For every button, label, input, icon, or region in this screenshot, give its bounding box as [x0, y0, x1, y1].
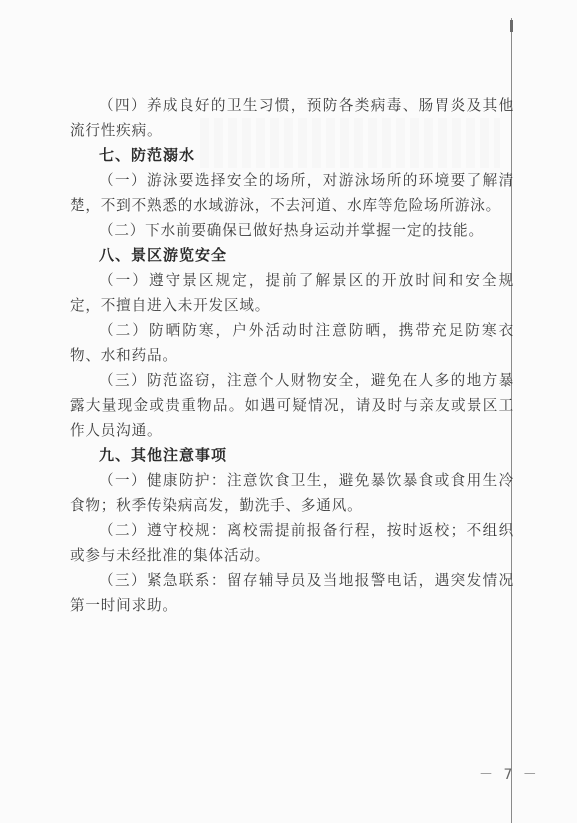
binding-mark [510, 20, 513, 32]
paragraph-health-protection: （一）健康防护：注意饮食卫生，避免暴饮暴食或食用生冷食物；秋季传染病高发，勤洗手… [70, 468, 514, 518]
section-heading-drowning-prevention: 七、防范溺水 [70, 143, 514, 168]
paragraph-swimming-location: （一）游泳要选择安全的场所，对游泳场所的环境要了解清楚，不到不熟悉的水域游泳，不… [70, 168, 514, 218]
paragraph-sun-cold-protection: （二）防晒防寒，户外活动时注意防晒，携带充足防寒衣物、水和药品。 [70, 318, 514, 368]
document-page: （四）养成良好的卫生习惯，预防各类病毒、肠胃炎及其他流行性疾病。 七、防范溺水 … [0, 0, 577, 823]
paragraph-theft-prevention: （三）防范盗窃，注意个人财物安全，避免在人多的地方暴露大量现金或贵重物品。如遇可… [70, 368, 514, 443]
document-body: （四）养成良好的卫生习惯，预防各类病毒、肠胃炎及其他流行性疾病。 七、防范溺水 … [70, 93, 514, 618]
section-heading-scenic-safety: 八、景区游览安全 [70, 243, 514, 268]
paragraph-school-rules: （二）遵守校规：离校需提前报备行程，按时返校；不组织或参与未经批准的集体活动。 [70, 518, 514, 568]
page-number: － 7 － [479, 764, 540, 784]
paragraph-warmup: （二）下水前要确保已做好热身运动并掌握一定的技能。 [70, 218, 514, 243]
section-heading-other-notes: 九、其他注意事项 [70, 443, 514, 468]
paragraph-emergency-contact: （三）紧急联系：留存辅导员及当地报警电话，遇突发情况第一时间求助。 [70, 568, 514, 618]
paragraph-hygiene-habits: （四）养成良好的卫生习惯，预防各类病毒、肠胃炎及其他流行性疾病。 [70, 93, 514, 143]
paragraph-scenic-rules: （一）遵守景区规定，提前了解景区的开放时间和安全规定，不擅自进入未开发区域。 [70, 268, 514, 318]
